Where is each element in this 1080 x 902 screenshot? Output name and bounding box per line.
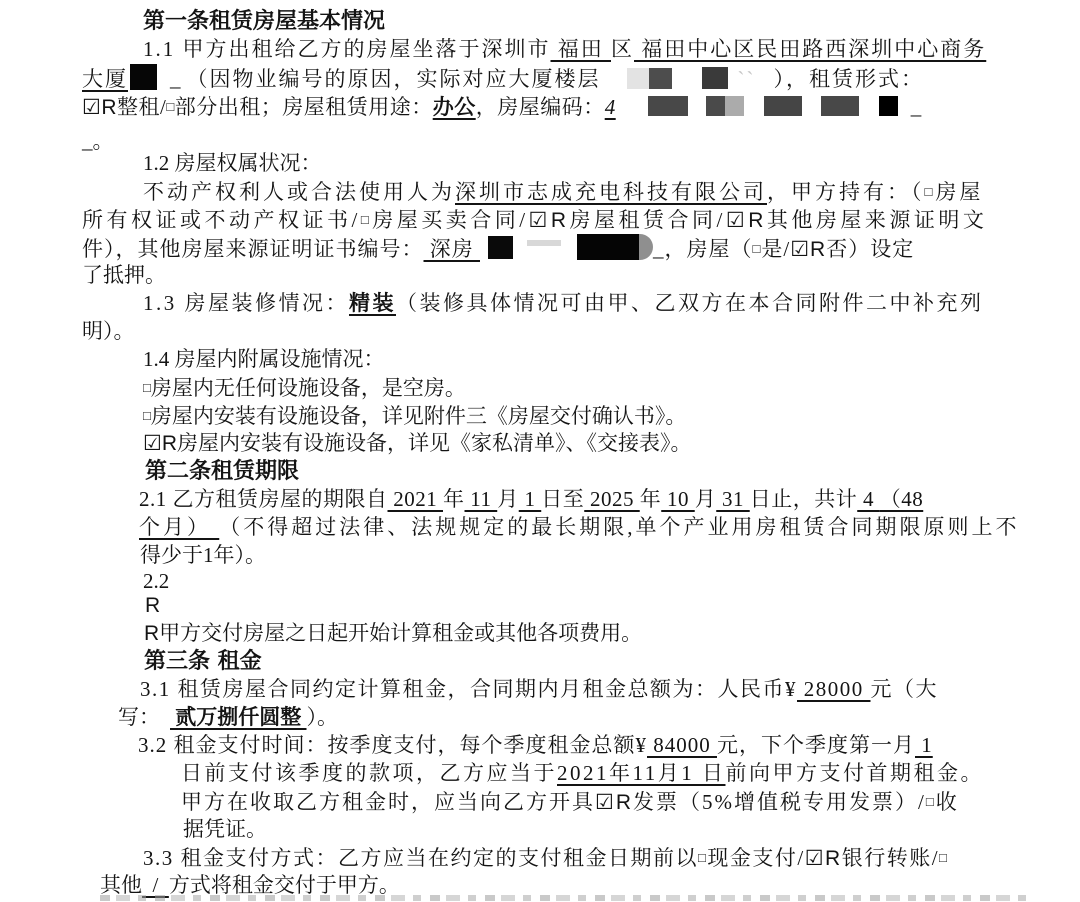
clause-1-3-line-1: 1.3 房屋装修情况：精装（装修具体情况可由甲、乙双方在本合同附件二中补充列	[143, 290, 984, 317]
text-segment: 整租/	[117, 95, 166, 119]
text-segment: （不得超过法律、法规规定的最长期限,单个产业用房租赁合同期限原则上不	[219, 515, 1019, 539]
checkbox-checked-icon: ☑	[143, 431, 162, 455]
text-segment: R	[144, 622, 159, 645]
checkbox-checked-icon: ☑	[805, 846, 825, 870]
text-segment: 年	[443, 487, 465, 511]
text-segment: ），租赁形式：	[774, 67, 925, 91]
text-segment: 3.3 租金支付方式：乙方应当在约定的支付租金日期前以	[143, 846, 698, 870]
text-segment: 明）。	[82, 319, 135, 343]
text-segment: 11	[465, 487, 498, 511]
text-segment: _	[653, 237, 665, 261]
text-segment: R	[825, 847, 842, 870]
text-segment: 前向甲方支付首期租金。	[725, 761, 984, 785]
checkbox-unchecked-icon: □	[925, 184, 936, 199]
text-segment: 否）设定	[826, 237, 914, 261]
checkbox-checked-icon: ☑	[726, 208, 748, 232]
text-segment: 3.1 租赁房屋合同约定计算租金，合同期内月租金总额为：人民币¥	[140, 677, 797, 701]
text-segment: 房屋内安装有设施设备，详见附件三《房屋交付确认书》。	[151, 404, 687, 428]
checkbox-unchecked-icon: □	[143, 380, 151, 395]
text-segment: 月	[497, 487, 519, 511]
text-segment: 月	[695, 487, 717, 511]
text-segment: 第三条 租金	[144, 649, 262, 674]
text-segment: 28000	[797, 677, 871, 701]
text-segment: R	[162, 432, 177, 455]
spacer	[744, 113, 764, 114]
clause-3-2-line-3: 甲方在收取乙方租金时，应当向乙方开具☑R发票（5%增值税专用发票）/□收	[181, 788, 959, 816]
redaction-box	[706, 96, 744, 116]
text-segment: 1	[915, 733, 933, 757]
redaction-box	[821, 96, 859, 116]
text-segment: 第二条租赁期限	[145, 459, 299, 484]
text-segment: 房屋内无任何设施设备，是空房。	[151, 376, 466, 400]
text-segment: ˋˋ	[738, 67, 756, 91]
clause-3-2-line-2: 日前支付该季度的款项，乙方应当于2021年11月1 日前向甲方支付首期租金。	[181, 760, 984, 787]
article-1-heading: 第一条租赁房屋基本情况	[143, 8, 385, 35]
text-segment: ）。	[307, 705, 339, 729]
text-segment: 大厦	[82, 67, 128, 91]
text-segment: 2.1 乙方租赁房屋的期限自	[139, 487, 388, 511]
document-page: 第一条租赁房屋基本情况1.1 甲方出租给乙方的房屋坐落于深圳市 福田 区 福田中…	[0, 0, 1080, 902]
spacer	[561, 255, 577, 256]
clause-1-2-line-4: 了抵押。	[82, 262, 166, 289]
text-segment: 其他	[100, 873, 142, 897]
text-segment: 福田中心区民田路西深圳中心商务	[634, 37, 986, 61]
text-segment: 2.2	[143, 569, 169, 593]
article-3-heading: 第三条 租金	[144, 648, 262, 675]
clause-1-2-line-1: 不动产权利人或合法使用人为深圳市志成充电科技有限公司，甲方持有：（□房屋	[143, 178, 983, 206]
checkbox-unchecked-icon: □	[361, 212, 372, 227]
text-segment: R	[616, 791, 633, 814]
clause-1-1-line-2: 大厦_（因物业编号的原因，实际对应大厦楼层ˋˋ），租赁形式：	[82, 64, 924, 93]
text-segment: _	[170, 67, 183, 91]
text-segment: 4	[857, 487, 880, 511]
text-segment: 元，下个季度第一月	[717, 733, 915, 757]
clause-3-3-line-1: 3.3 租金支付方式：乙方应当在约定的支付租金日期前以□现金支付/☑R银行转账/…	[143, 844, 948, 872]
text-segment: 甲方交付房屋之日起开始计算租金或其他各项费用。	[159, 621, 642, 645]
redaction-box	[527, 240, 561, 246]
clause-2-2-text: R甲方交付房屋之日起开始计算租金或其他各项费用。	[144, 620, 642, 647]
clause-1-2-line-2: 所有权证或不动产权证书/□房屋买卖合同/☑R房屋租赁合同/☑R其他房屋来源证明文	[82, 206, 987, 234]
text-segment: （48	[880, 487, 924, 511]
clause-3-1-line-1: 3.1 租赁房屋合同约定计算租金，合同期内月租金总额为：人民币¥ 28000 元…	[140, 676, 938, 703]
checkbox-unchecked-icon: □	[939, 850, 948, 865]
spacer	[160, 723, 170, 724]
spacer	[728, 85, 738, 86]
clause-1-1-line-4: _。	[82, 128, 114, 155]
article-2-heading: 第二条租赁期限	[145, 458, 299, 485]
text-segment: 深房	[424, 237, 481, 261]
text-segment: 2021	[388, 487, 444, 511]
text-segment: 件），其他房屋来源证明证书编号：	[82, 237, 424, 261]
text-segment: 是/	[761, 237, 790, 261]
text-segment: 精装	[349, 291, 396, 315]
text-segment: 房屋租赁合同/	[570, 208, 726, 232]
text-segment: 房屋内安装有设施设备，详见《家私清单》、《交接表》。	[177, 431, 692, 455]
text-segment: 区	[611, 37, 634, 61]
text-segment: 日前支付该季度的款项，乙方应当于	[181, 761, 557, 785]
spacer	[672, 85, 702, 86]
text-segment: 深圳市志成充电科技有限公司	[455, 180, 767, 204]
text-segment: _。	[82, 129, 114, 153]
text-segment: ，甲方持有：（	[767, 180, 925, 204]
text-segment: _	[911, 95, 922, 119]
clause-3-2-line-4: 据凭证。	[183, 816, 267, 843]
text-segment: 发票（5%增值税专用发票）/	[633, 790, 926, 814]
spacer	[756, 85, 774, 86]
text-segment: ，房屋（	[665, 237, 753, 261]
redaction-box	[649, 68, 672, 89]
text-segment: 福田	[551, 37, 612, 61]
text-segment: 日止，共计	[750, 487, 858, 511]
clause-1-4-option-2: □房屋内安装有设施设备，详见附件三《房屋交付确认书》。	[143, 402, 686, 430]
checkbox-checked-icon: ☑	[529, 208, 551, 232]
clause-2-2-marker: R	[145, 592, 160, 619]
text-segment: R	[551, 209, 570, 232]
text-segment: R	[145, 594, 160, 617]
spacer	[802, 113, 821, 114]
text-segment: 部分出租；房屋租赁用途：	[175, 95, 433, 119]
text-segment: 房屋	[935, 180, 983, 204]
spacer	[601, 85, 627, 86]
redaction-box	[764, 96, 802, 116]
text-segment: 84000	[647, 733, 717, 757]
text-segment: 据凭证。	[183, 817, 267, 841]
clause-1-3-line-2: 明）。	[82, 318, 135, 345]
text-segment: 3.2 租金支付时间：按季度支付，每个季度租金总额¥	[138, 733, 647, 757]
spacer	[480, 255, 488, 256]
text-segment: 方式将租金交付于甲方。	[169, 873, 400, 897]
clause-1-1-line-1: 1.1 甲方出租给乙方的房屋坐落于深圳市 福田 区 福田中心区民田路西深圳中心商…	[143, 36, 986, 63]
clause-3-1-line-2: 写： 贰万捌仟圆整 ）。	[118, 704, 338, 731]
text-segment: 所有权证或不动产权证书/	[82, 208, 361, 232]
text-segment: 年	[640, 487, 662, 511]
clause-2-2-number: 2.2	[143, 568, 169, 595]
redaction-box	[702, 67, 728, 89]
text-segment: 2021年11月1 日	[557, 761, 725, 785]
text-segment: 10	[661, 487, 695, 511]
text-segment: 写：	[118, 705, 160, 729]
clause-3-2-line-1: 3.2 租金支付时间：按季度支付，每个季度租金总额¥ 84000 元，下个季度第…	[138, 732, 933, 759]
checkbox-checked-icon: ☑	[595, 790, 616, 814]
text-segment: 1	[519, 487, 542, 511]
checkbox-checked-icon: ☑	[790, 237, 810, 261]
text-segment: 甲方在收取乙方租金时，应当向乙方开具	[181, 790, 595, 814]
text-segment: 日至	[541, 487, 584, 511]
clause-2-1-line-1: 2.1 乙方租赁房屋的期限自 2021 年 11 月 1 日至 2025 年 1…	[139, 486, 923, 513]
redaction-box	[879, 96, 898, 116]
redaction-box	[577, 234, 639, 260]
text-segment: 得少于1年）。	[140, 543, 266, 567]
redaction-box	[648, 96, 688, 116]
text-segment: 其他房屋来源证明文	[767, 208, 988, 232]
text-segment: 2025	[584, 487, 640, 511]
clipped-next-line	[100, 895, 1032, 901]
text-segment: 办公	[433, 95, 476, 119]
checkbox-unchecked-icon: □	[143, 408, 151, 423]
text-segment: /	[142, 873, 169, 897]
text-segment: 银行转账/	[842, 846, 939, 870]
text-segment: 1.4 房屋内附属设施情况：	[143, 347, 385, 371]
clause-2-1-line-3: 得少于1年）。	[140, 542, 266, 569]
text-segment: R	[101, 96, 117, 119]
checkbox-unchecked-icon: □	[166, 99, 174, 114]
text-segment: 第一条租赁房屋基本情况	[143, 9, 385, 34]
spacer	[859, 113, 879, 114]
checkbox-checked-icon: ☑	[82, 95, 101, 119]
text-segment: 1.2 房屋权属状况：	[143, 151, 322, 175]
text-segment: 不动产权利人或合法使用人为	[143, 180, 455, 204]
spacer	[616, 113, 648, 114]
text-segment: R	[748, 209, 767, 232]
text-segment: ，房屋编码：	[476, 95, 605, 119]
redaction-box	[130, 64, 157, 90]
spacer	[157, 85, 170, 86]
checkbox-unchecked-icon: □	[926, 794, 936, 809]
text-segment: 现金支付/	[707, 846, 804, 870]
spacer	[688, 113, 706, 114]
clause-1-2-heading: 1.2 房屋权属状况：	[143, 150, 322, 177]
clause-1-4-option-3: ☑R房屋内安装有设施设备，详见《家私清单》、《交接表》。	[143, 430, 692, 457]
text-segment: 31	[716, 487, 750, 511]
redaction-box	[488, 236, 513, 259]
clause-1-4-option-1: □房屋内无任何设施设备，是空房。	[143, 374, 466, 402]
text-segment: 1.3 房屋装修情况：	[143, 291, 349, 315]
spacer	[898, 113, 911, 114]
text-segment: 了抵押。	[82, 263, 166, 287]
text-segment: （装修具体情况可由甲、乙双方在本合同附件二中补充列	[396, 291, 984, 315]
checkbox-unchecked-icon: □	[698, 850, 707, 865]
clause-2-1-line-2: 个月） （不得超过法律、法规规定的最长期限,单个产业用房租赁合同期限原则上不	[139, 514, 1020, 541]
text-segment: 贰万捌仟圆整	[170, 705, 307, 729]
clause-1-2-line-3: 件），其他房屋来源证明证书编号： 深房 _，房屋（□是/☑R否）设定	[82, 234, 914, 263]
clause-1-4-heading: 1.4 房屋内附属设施情况：	[143, 346, 385, 373]
redaction-box	[639, 234, 653, 260]
clause-1-1-line-3: ☑R整租/□部分出租；房屋租赁用途：办公，房屋编码：4_	[82, 93, 922, 121]
text-segment: 1.1 甲方出租给乙方的房屋坐落于深圳市	[143, 37, 551, 61]
redaction-box	[627, 68, 649, 89]
text-segment: （因物业编号的原因，实际对应大厦楼层	[187, 67, 601, 91]
spacer	[513, 255, 527, 256]
text-segment: 4	[605, 95, 616, 119]
text-segment: 房屋买卖合同/	[372, 208, 528, 232]
text-segment: 收	[936, 790, 959, 814]
text-segment: 个月）	[139, 515, 219, 539]
text-segment: 元（大	[871, 677, 939, 701]
text-segment: R	[810, 238, 826, 261]
